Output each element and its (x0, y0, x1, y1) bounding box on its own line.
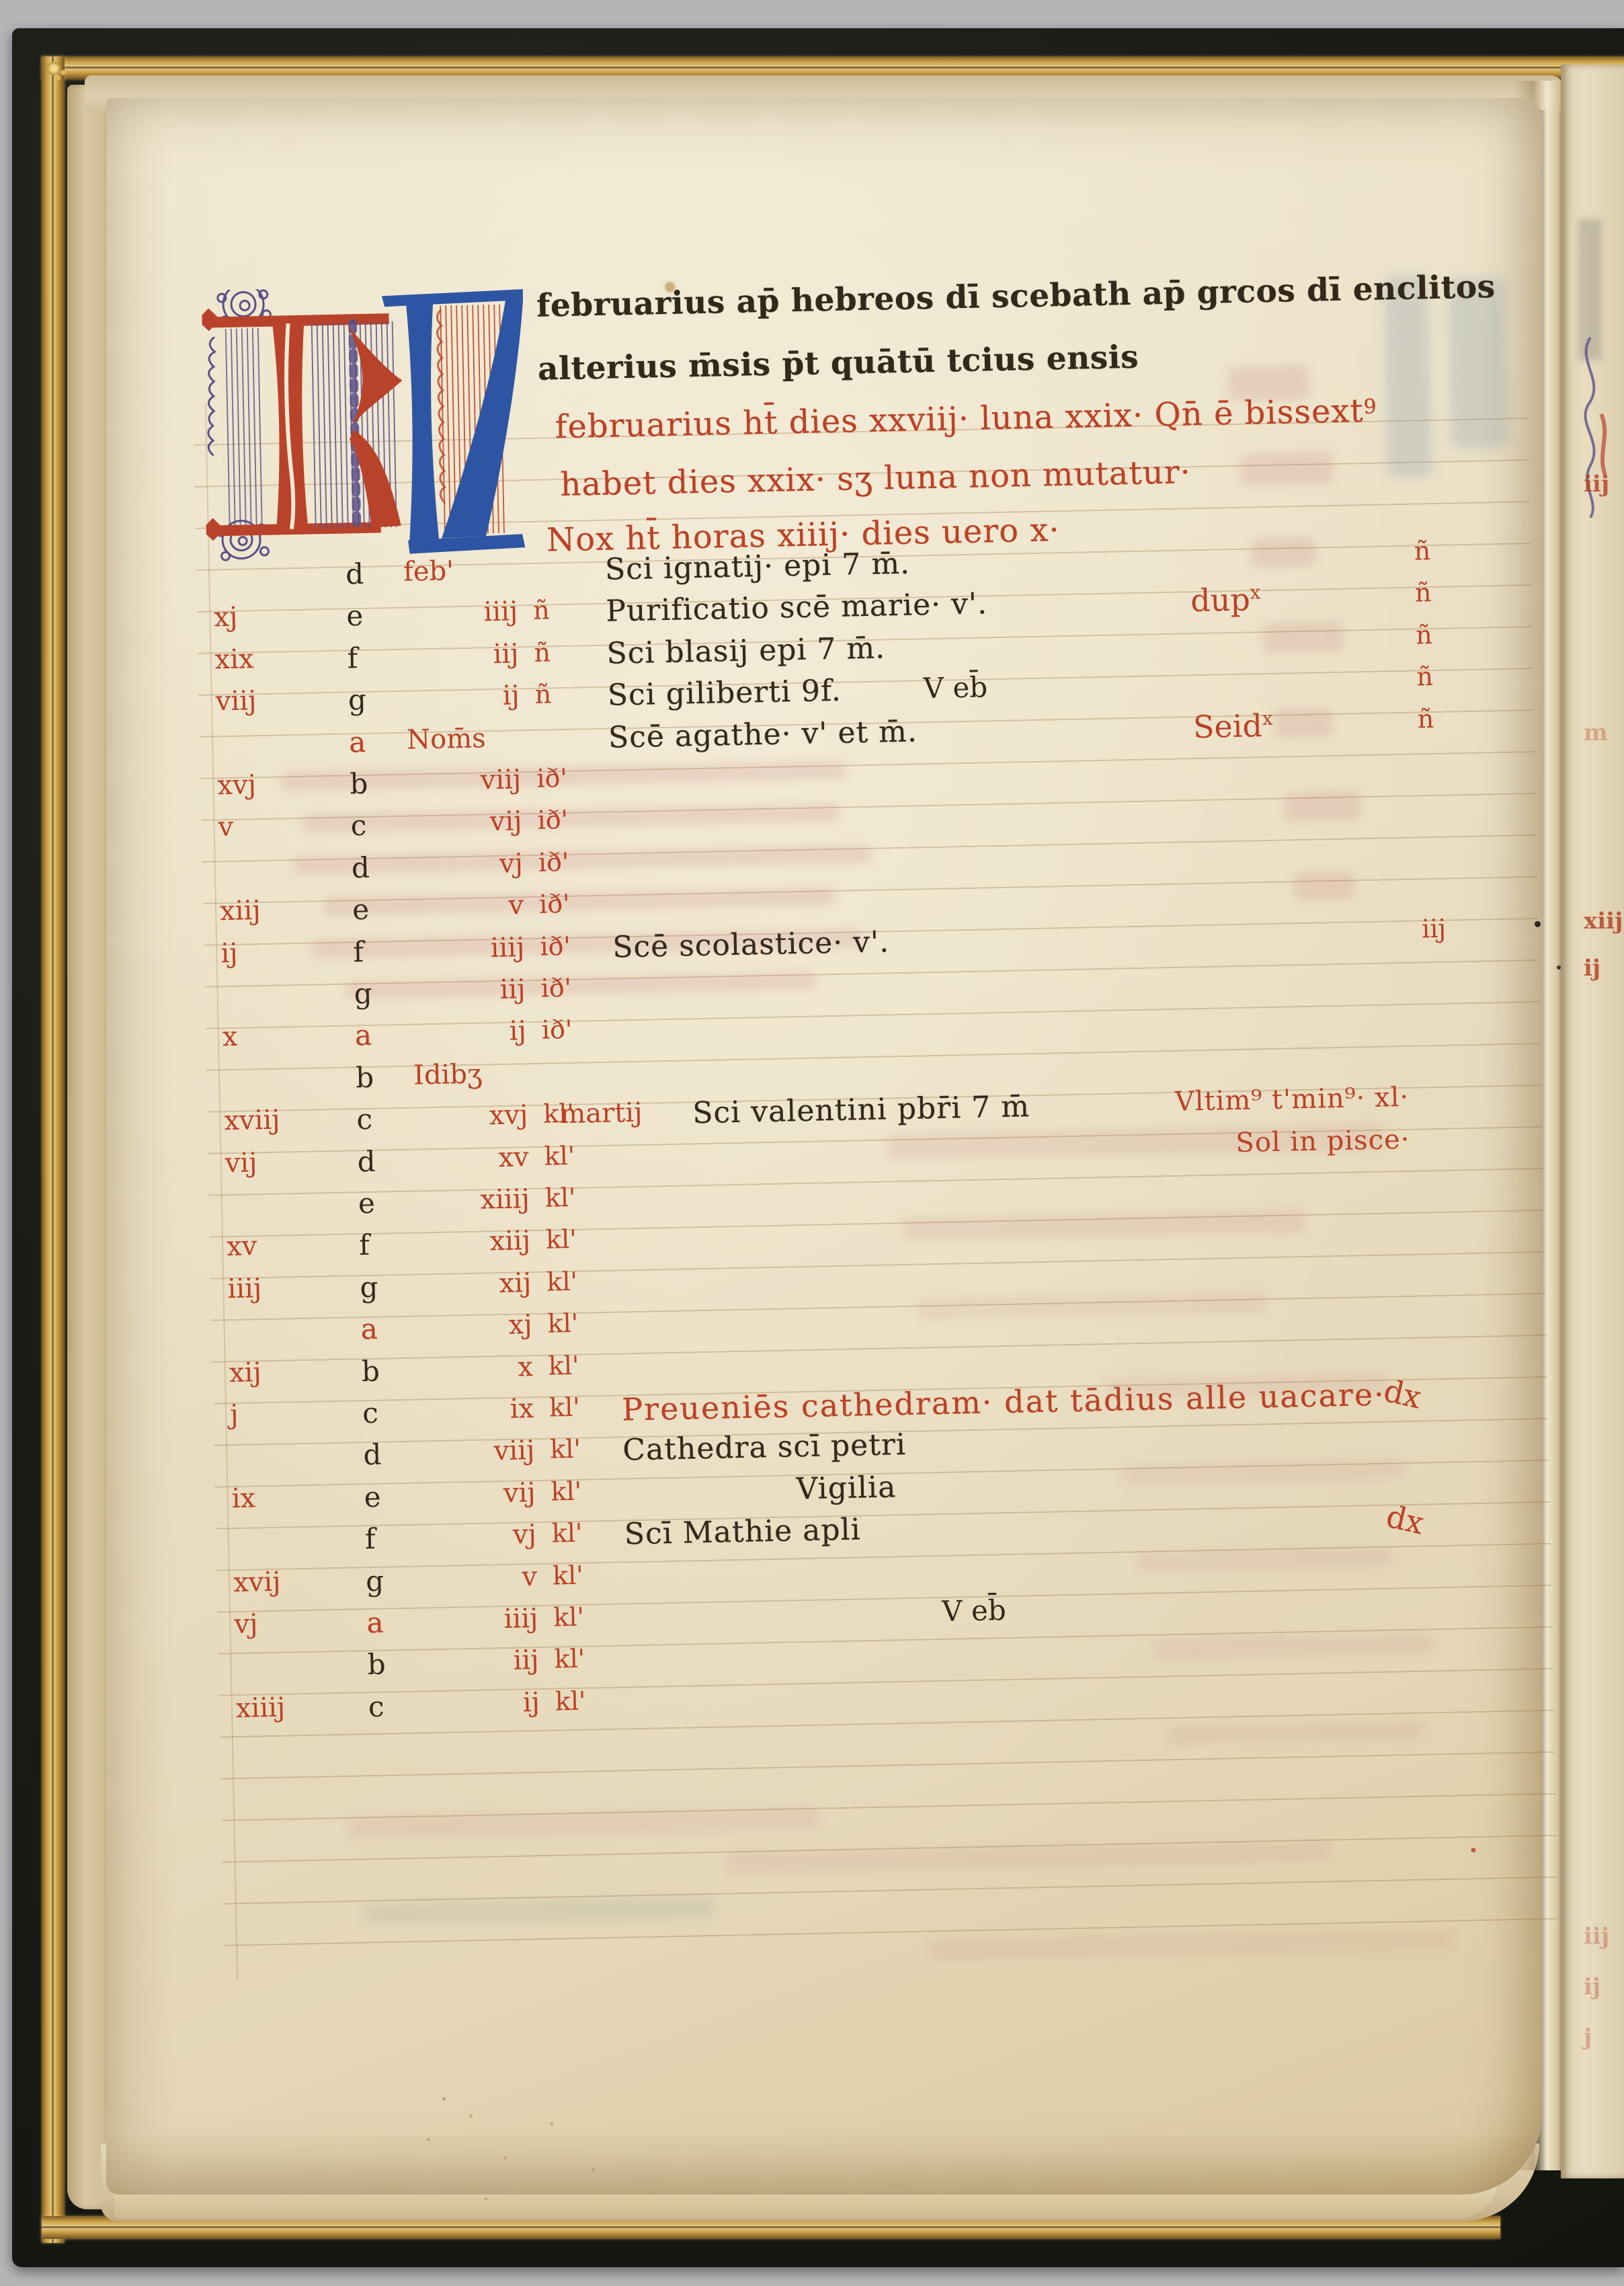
day-number: xiiij (413, 1183, 530, 1216)
day-number: xiij (415, 1226, 531, 1259)
dominical-letter: g (360, 1271, 378, 1304)
dx-note: dx (1383, 1498, 1427, 1542)
margin-note: Vltim⁹ t'min⁹· xl· (1034, 1082, 1410, 1120)
lessons-note: ñ (1416, 620, 1432, 649)
gold-corner-ornament (47, 62, 60, 75)
day-marker: kl' (544, 1183, 576, 1213)
day-number: v (408, 890, 524, 922)
golden-number: ij (220, 936, 322, 969)
dominical-letter: b (361, 1354, 380, 1388)
golden-number: xvij (233, 1565, 335, 1598)
feast-entry: Vigilia (796, 1470, 897, 1506)
day-number: ix (418, 1393, 534, 1426)
dominical-letter: f (359, 1228, 370, 1261)
month-label: martij (560, 1097, 643, 1130)
mid-note: V eb̄ (942, 1593, 1006, 1628)
dominical-letter: a (354, 1019, 372, 1052)
dominical-letter: a (349, 725, 366, 758)
dominical-letter: b (350, 767, 368, 801)
feast-entry: Sci ignatij· epi 7 m̄. (605, 547, 911, 587)
dominical-letter: g (348, 683, 366, 717)
day-number: vij (406, 806, 522, 839)
day-marker: ið' (540, 931, 571, 961)
red-speck (1471, 1848, 1476, 1852)
day-number: iiij (402, 596, 518, 629)
golden-number: xiiij (236, 1691, 337, 1724)
golden-number: xv (227, 1230, 328, 1263)
golden-number: xviij (224, 1103, 325, 1136)
grade-note: dupx (1190, 582, 1251, 619)
vellum-freckles (442, 2097, 446, 2100)
day-marker: ñ (534, 637, 551, 667)
next-folio-numeral: iij (1584, 1923, 1609, 1950)
day-marker: kl' (546, 1267, 578, 1297)
dominical-letter: e (346, 599, 364, 632)
day-marker: kl' (554, 1644, 585, 1674)
day-marker: kl' (555, 1686, 586, 1716)
golden-number: x (222, 1020, 323, 1053)
day-number: ij (410, 1016, 526, 1049)
golden-number: vij (225, 1146, 326, 1179)
dominical-letter: e (358, 1187, 375, 1220)
grade-superscript: x (1250, 582, 1260, 604)
photograph-of-manuscript: iijmxiijijiijijj (0, 0, 1624, 2286)
day-marker: ñ (534, 680, 551, 709)
next-folio-numeral: iij (1584, 471, 1609, 498)
manuscript-page: februarius ap̄ hebreos dī scebath ap̄ gr… (106, 98, 1542, 2195)
day-number: viij (419, 1435, 535, 1468)
dominical-letter: e (364, 1481, 381, 1513)
day-number: ij (423, 1687, 540, 1720)
dominical-letter: f (347, 641, 358, 674)
day-number: xvj (412, 1099, 528, 1132)
dominical-letter: d (363, 1438, 382, 1472)
day-marker: kl' (553, 1560, 584, 1590)
dominical-letter: b (356, 1061, 374, 1095)
golden-number: xvj (217, 768, 319, 801)
day-number: xj (416, 1309, 532, 1342)
next-folio-numeral: xiij (1584, 908, 1623, 935)
feast-entry: Sci blasij epi 7 m̄. (606, 631, 886, 670)
feast-entry: Cathedra scī petri (622, 1427, 907, 1467)
dx-note: dx (1381, 1372, 1425, 1416)
day-number: iij (403, 638, 519, 671)
day-marker: ið' (536, 763, 567, 793)
letter-l (382, 289, 528, 554)
day-marker: kl' (553, 1602, 585, 1632)
lessons-note: ñ (1416, 662, 1433, 691)
dominical-letter: f (364, 1522, 376, 1555)
margin-note: Sol in pisce· (1034, 1124, 1410, 1162)
lessons-note: ñ (1415, 578, 1432, 607)
next-folio-numeral: j (1584, 2024, 1592, 2051)
day-number: iiij (409, 932, 525, 965)
dominical-letter: d (346, 557, 364, 591)
gold-fillet-left (42, 56, 65, 2243)
next-folio-numeral: m (1584, 719, 1608, 746)
lessons-note: iij (1422, 913, 1447, 943)
lessons-note: ñ (1417, 704, 1434, 734)
day-marker: kl' (546, 1224, 577, 1255)
day-number: vij (419, 1477, 536, 1510)
day-marker: ið' (538, 847, 569, 877)
day-number: vj (407, 848, 523, 881)
next-folio-numeral: ij (1584, 955, 1600, 982)
feast-entry: Scē agathe· v' et m̄. (608, 714, 918, 754)
golden-number: viij (215, 684, 317, 717)
golden-number: vj (234, 1607, 335, 1640)
dominical-letter: b (367, 1648, 386, 1682)
day-number: v (421, 1561, 538, 1594)
dominical-letter: c (368, 1690, 384, 1723)
feast-entry: Purificatio scē marie· v'. (606, 587, 988, 629)
day-number: xij (415, 1267, 532, 1300)
day-number: xv (413, 1142, 529, 1175)
golden-number: xij (229, 1355, 330, 1388)
day-number: viij (405, 764, 522, 797)
header-line-1: februarius ap̄ hebreos dī scebath ap̄ gr… (536, 268, 1496, 325)
showthrough-mark (1240, 452, 1334, 486)
feast-entry: Sci valentini pbr̄i 7 m̄ (692, 1089, 1030, 1130)
golden-number: iiij (227, 1271, 329, 1304)
day-number: iij (423, 1645, 539, 1678)
mid-note: V eb̄ (923, 671, 987, 705)
dominical-letter: c (356, 1103, 373, 1136)
dominical-letter: f (353, 935, 364, 968)
dust-speck (1557, 965, 1561, 970)
feast-entry: Sci giliberti 9f. (607, 674, 842, 713)
day-marker: ið' (541, 1015, 572, 1045)
dominical-letter: a (360, 1312, 378, 1345)
page-content: februarius ap̄ hebreos dī scebath ap̄ gr… (86, 71, 1564, 2196)
dominical-letter: c (350, 809, 367, 842)
day-label: Idibʒ (413, 1058, 483, 1091)
grade-note: Seidx (1192, 707, 1262, 745)
purple-hatch-band (221, 328, 264, 530)
day-marker: kl' (550, 1434, 581, 1464)
day-number: iiij (422, 1603, 538, 1636)
dominical-letter: d (357, 1144, 376, 1178)
golden-number: j (230, 1397, 331, 1430)
day-marker: ið' (539, 889, 570, 919)
feast-entry: Scē scolastice· v'. (612, 924, 890, 964)
day-number: vj (420, 1519, 536, 1552)
day-marker: kl' (551, 1518, 583, 1548)
golden-number: v (218, 810, 319, 843)
dust-speck (1535, 921, 1541, 927)
golden-number: xj (214, 600, 315, 633)
golden-number: ix (231, 1481, 333, 1514)
golden-number: xiij (220, 894, 321, 927)
lessons-note: ñ (1414, 536, 1430, 565)
dominical-letter: e (352, 893, 370, 926)
day-marker: kl' (544, 1140, 575, 1171)
day-marker: kl' (551, 1476, 582, 1507)
feast-entry: Scī Mathie apli (624, 1513, 861, 1552)
day-marker: ið' (540, 973, 571, 1003)
day-number: iij (409, 974, 526, 1007)
grade-superscript: x (1262, 707, 1272, 729)
kl-initial (202, 284, 532, 570)
superscript-abbreviation: 9 (1363, 395, 1377, 419)
dominical-letter: g (354, 977, 372, 1011)
dominical-letter: d (351, 851, 370, 885)
dominical-letter: g (366, 1564, 384, 1598)
golden-number: xix (214, 642, 316, 675)
day-label: feb' (403, 555, 454, 587)
day-marker: ñ (533, 596, 550, 625)
header-line-2: alterius m̄sis p̄t quātū tcius ensis (538, 339, 1139, 388)
letter-k (272, 317, 405, 533)
day-label: Nom̄s (407, 723, 486, 755)
day-marker: kl' (549, 1392, 581, 1423)
next-folio-edge: iijmxiijijiijijj (1561, 65, 1624, 2178)
dominical-letter: a (366, 1606, 384, 1639)
day-marker: kl' (547, 1308, 579, 1339)
day-number: x (417, 1351, 533, 1384)
day-number: ij (403, 680, 520, 713)
day-marker: kl' (548, 1350, 579, 1380)
day-marker: ið' (537, 805, 568, 835)
next-folio-numeral: ij (1584, 1973, 1600, 2000)
dominical-letter: c (362, 1396, 379, 1429)
